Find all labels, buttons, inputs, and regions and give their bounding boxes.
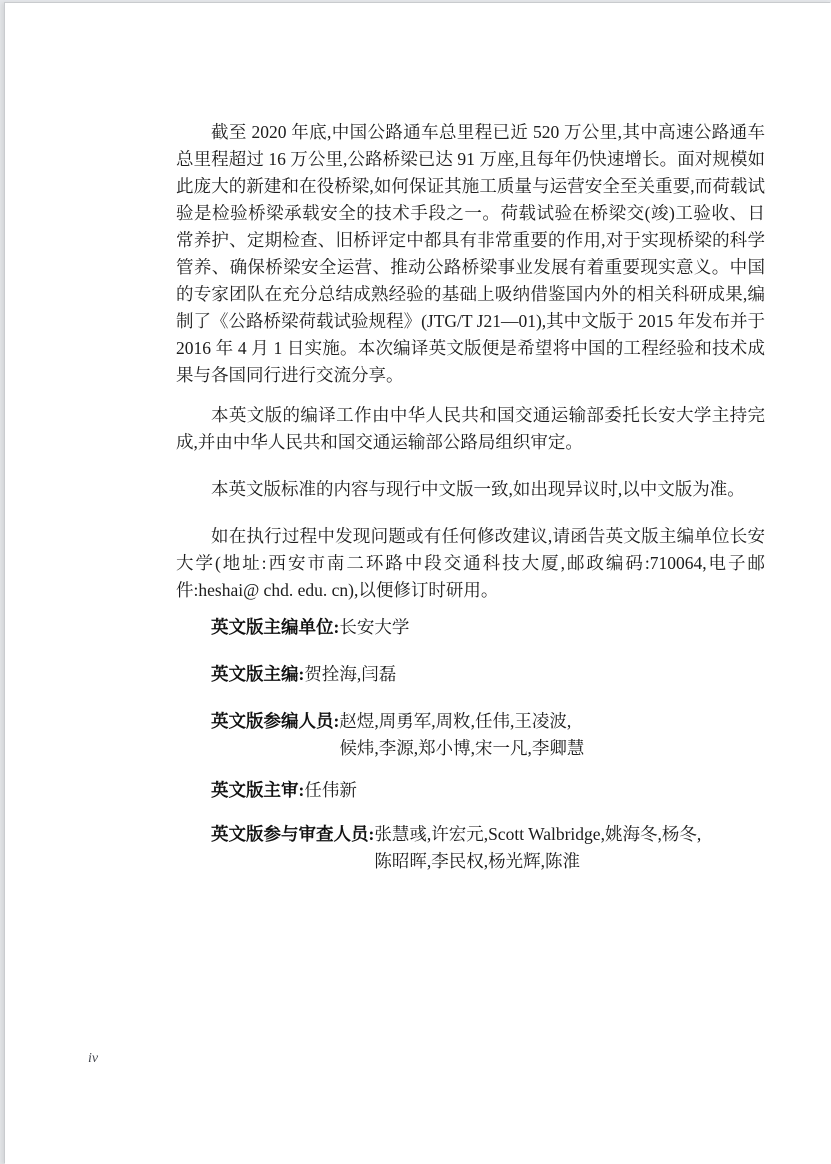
credit-label: 英文版参与审查人员:	[211, 821, 374, 875]
body-text: 截至 2020 年底,中国公路通车总里程已近 520 万公里,其中高速公路通车总…	[176, 119, 765, 875]
credit-entry-chief-editors: 英文版主编:贺拴海,闫磊	[211, 661, 765, 688]
credit-entry-contributors: 英文版参编人员:赵煜,周勇军,周敉,任伟,王凌波, 候炜,李源,郑小博,宋一凡,…	[211, 708, 765, 762]
paragraph-translation-org: 本英文版的编译工作由中华人民共和国交通运输部委托长安大学主持完成,并由中华人民共…	[176, 402, 765, 456]
paragraph-contact: 如在执行过程中发现问题或有任何修改建议,请函告英文版主编单位长安大学(地址:西安…	[176, 523, 765, 604]
credit-value: 长安大学	[339, 614, 409, 641]
credit-entry-chief-org: 英文版主编单位:长安大学	[211, 614, 765, 641]
document-page: 截至 2020 年底,中国公路通车总里程已近 520 万公里,其中高速公路通车总…	[5, 3, 831, 1164]
credit-entry-review-panel: 英文版参与审查人员:张慧彧,许宏元,Scott Walbridge,姚海冬,杨冬…	[211, 821, 765, 875]
credit-value: 任伟新	[304, 777, 357, 804]
paragraph-version-note: 本英文版标准的内容与现行中文版一致,如出现异议时,以中文版为准。	[176, 476, 765, 503]
credit-value: 赵煜,周勇军,周敉,任伟,王凌波, 候炜,李源,郑小博,宋一凡,李卿慧	[339, 708, 584, 762]
paragraph-intro: 截至 2020 年底,中国公路通车总里程已近 520 万公里,其中高速公路通车总…	[176, 119, 765, 389]
credit-value: 贺拴海,闫磊	[304, 661, 396, 688]
credit-label: 英文版主编:	[211, 661, 304, 688]
credit-label: 英文版参编人员:	[211, 708, 339, 762]
credit-value: 张慧彧,许宏元,Scott Walbridge,姚海冬,杨冬, 陈昭晖,李民权,…	[374, 821, 701, 875]
credit-label: 英文版主审:	[211, 777, 304, 804]
page-number: iv	[88, 1051, 98, 1067]
credit-entry-chief-reviewer: 英文版主审:任伟新	[211, 777, 765, 804]
credit-label: 英文版主编单位:	[211, 614, 339, 641]
